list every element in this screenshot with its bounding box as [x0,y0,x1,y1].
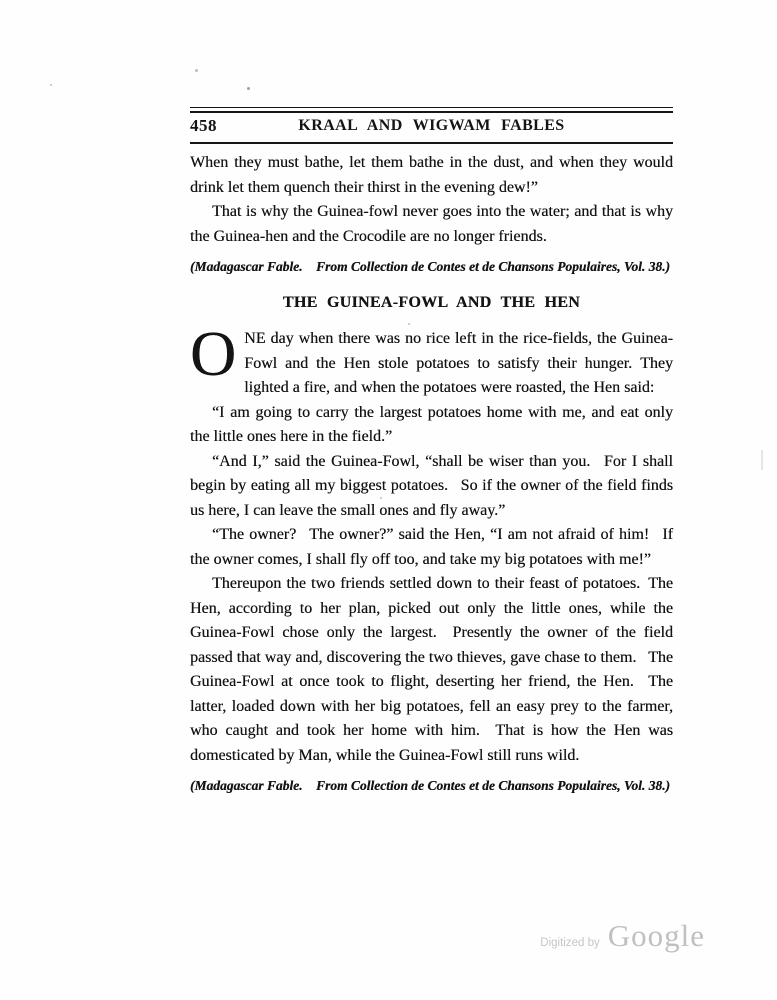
google-logo: Google [608,918,705,954]
scan-speck [195,69,198,72]
scan-speck [50,84,52,86]
paragraph-dropcap: ONE day when there was no rice left in t… [190,327,673,401]
source-citation: (Madagascar Fable. From Collection de Co… [190,257,673,277]
header-row: 458 KRAAL AND WIGWAM FABLES [190,115,673,139]
paragraph-text: NE day when there was no rice left in th… [244,330,673,396]
scan-edge-artifact [761,450,763,470]
header-rule-thin [190,107,673,108]
paragraph: That is why the Guinea-fowl never goes i… [190,200,673,249]
header-rule-thick [190,111,673,113]
google-watermark: Digitized by Google [540,918,705,954]
section-title: THE GUINEA-FOWL AND THE HEN [190,293,673,313]
drop-cap-letter: O [190,328,236,380]
page-body: When they must bathe, let them bathe in … [190,151,673,796]
paragraph: Thereupon the two friends settled down t… [190,572,673,768]
paragraph: “And I,” said the Guinea-Fowl, “shall be… [190,450,673,524]
text-block: 458 KRAAL AND WIGWAM FABLES When they mu… [190,107,673,796]
running-header: 458 KRAAL AND WIGWAM FABLES [190,107,673,144]
paragraph: “The owner? The owner?” said the Hen, “I… [190,523,673,572]
header-rule-bottom [190,142,673,144]
source-citation: (Madagascar Fable. From Collection de Co… [190,776,673,796]
paragraph: “I am going to carry the largest potatoe… [190,401,673,450]
running-title: KRAAL AND WIGWAM FABLES [190,115,673,135]
digitized-by-text: Digitized by [540,937,599,949]
book-page: 458 KRAAL AND WIGWAM FABLES When they mu… [0,0,777,1000]
scan-speck [247,87,250,90]
page-number: 458 [190,116,217,136]
paragraph-continuation: When they must bathe, let them bathe in … [190,151,673,200]
